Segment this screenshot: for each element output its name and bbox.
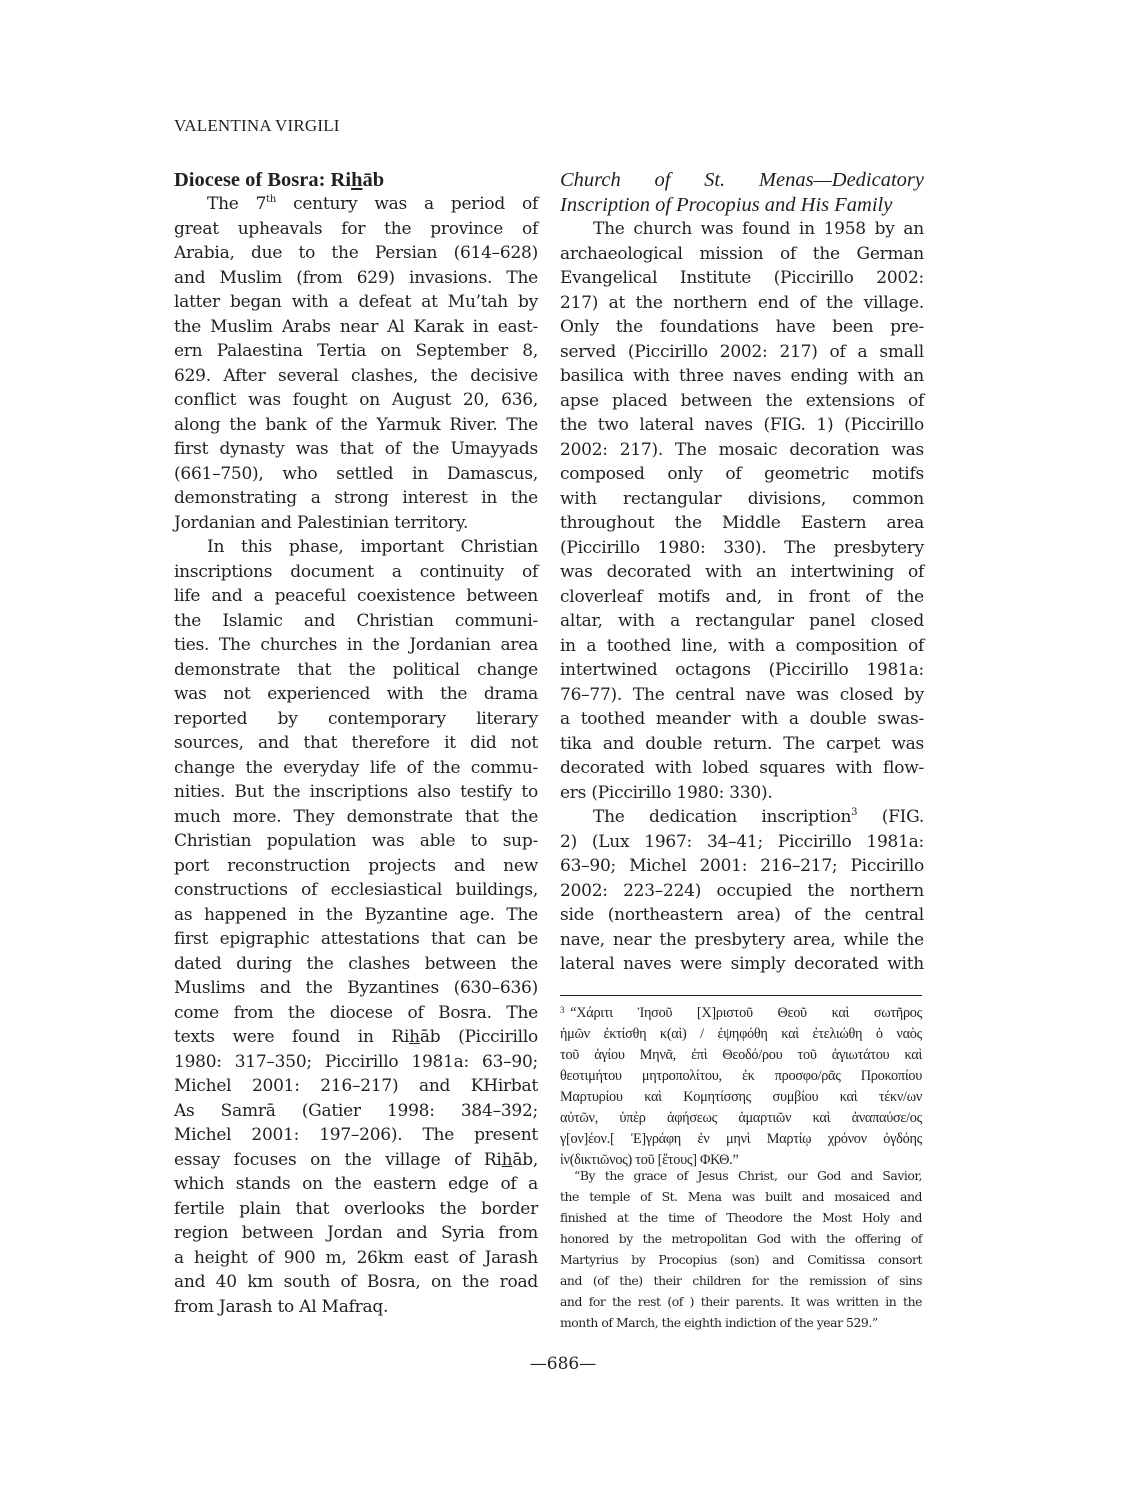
text-line: inscriptions document a continuity of xyxy=(174,560,538,585)
superscript: th xyxy=(266,194,276,205)
footnote-line: θεοτιμήτου μητροπολίτου, ἐκ προσφο/ρᾶς Π… xyxy=(560,1066,922,1087)
text-line: Michel 2001: 216–217) and KHirbat xyxy=(174,1074,538,1099)
footnote-line: τοῦ ἁγίου Μηνᾶ, ἐπὶ Θεοδό/ρου τοῦ ἁγιωτά… xyxy=(560,1045,922,1066)
text-fragment: texts were found in Ri xyxy=(174,1027,409,1047)
text-line: served (Piccirillo 2002: 217) of a small xyxy=(560,340,924,365)
page-number: —686— xyxy=(0,1354,1126,1374)
text-line: ties. The churches in the Jordanian area xyxy=(174,633,538,658)
text-line: 2) (Lux 1967: 34–41; Piccirillo 1981a: xyxy=(560,830,924,855)
text-line: texts were found in Rihāb (Piccirillo xyxy=(174,1025,538,1050)
text-line: archaeological mission of the German xyxy=(560,242,924,267)
text-line: 2002: 223–224) occupied the northern xyxy=(560,879,924,904)
text-line: (Piccirillo 1980: 330). The presbytery xyxy=(560,536,924,561)
underlined-letter: h xyxy=(502,1150,513,1170)
text-line: as happened in the Byzantine age. The xyxy=(174,903,538,928)
text-line: 217) at the northern end of the village. xyxy=(560,291,924,316)
text-line: decorated with lobed squares with flow- xyxy=(560,756,924,781)
text-line: dated during the clashes between the xyxy=(174,952,538,977)
text-line: essay focuses on the village of Rihāb, xyxy=(174,1148,538,1173)
text-line: sources, and that therefore it did not xyxy=(174,731,538,756)
text-line: in a toothed line, with a composition of xyxy=(560,634,924,659)
text-line: Arabia, due to the Persian (614–628) xyxy=(174,241,538,266)
running-head-author: VALENTINA VIRGILI xyxy=(174,116,340,136)
text-line: composed only of geometric motifs xyxy=(560,462,924,487)
text-line: the two lateral naves (FIG. 1) (Picciril… xyxy=(560,413,924,438)
text-line: much more. They demonstrate that the xyxy=(174,805,538,830)
text-line: As Samrā (Gatier 1998: 384–392; xyxy=(174,1099,538,1124)
text-line: port reconstruction projects and new xyxy=(174,854,538,879)
text-fragment: “Χάριτι Ἰησοῦ [Χ]ριστοῦ Θεοῦ καὶ σωτῆρος xyxy=(570,1005,922,1021)
text-line: fertile plain that overlooks the border xyxy=(174,1197,538,1222)
footnote-line: “By the grace of Jesus Christ, our God a… xyxy=(560,1165,922,1186)
text-line: ern Palaestina Tertia on September 8, xyxy=(174,339,538,364)
right-column: Church of St. Menas—Dedicatory Inscripti… xyxy=(560,168,924,977)
underlined-letter: h xyxy=(409,1027,420,1047)
section-heading-church-of-st-menas: Church of St. Menas—Dedicatory Inscripti… xyxy=(560,168,924,217)
text-line: reported by contemporary literary xyxy=(174,707,538,732)
document-page: VALENTINA VIRGILI Diocese of Bosra: Rihā… xyxy=(0,0,1126,1500)
text-line: latter began with a defeat at Mu’tah by xyxy=(174,290,538,315)
text-line: 1980: 317–350; Piccirillo 1981a: 63–90; xyxy=(174,1050,538,1075)
text-line: ers (Piccirillo 1980: 330). xyxy=(560,781,924,806)
heading-line: Church of St. Menas—Dedicatory xyxy=(560,168,924,193)
text-line: tika and double return. The carpet was xyxy=(560,732,924,757)
text-line: was decorated with an intertwining of xyxy=(560,560,924,585)
text-line: Christian population was able to sup- xyxy=(174,829,538,854)
text-line: nities. But the inscriptions also testif… xyxy=(174,780,538,805)
footnote-line: and (of the) their children for the remi… xyxy=(560,1270,922,1291)
footnote-english-translation: “By the grace of Jesus Christ, our God a… xyxy=(560,1165,922,1333)
text-line: conflict was fought on August 20, 636, xyxy=(174,388,538,413)
text-fragment: āb, xyxy=(512,1150,538,1170)
text-line: first epigraphic attestations that can b… xyxy=(174,927,538,952)
text-line: throughout the Middle Eastern area xyxy=(560,511,924,536)
text-line: the Muslim Arabs near Al Karak in east- xyxy=(174,315,538,340)
text-line: The 7th century was a period of xyxy=(174,192,538,217)
text-line: life and a peaceful coexistence between xyxy=(174,584,538,609)
footnote-line: ἡμῶν ἐκτίσθη κ(αὶ) / ἐψηφόθη καὶ ἐτελιώθ… xyxy=(560,1024,922,1045)
text-line: Jordanian and Palestinian territory. xyxy=(174,511,538,536)
footnote-line: finished at the time of Theodore the Mos… xyxy=(560,1207,922,1228)
text-line: demonstrate that the political change xyxy=(174,658,538,683)
footnote-line: 3“Χάριτι Ἰησοῦ [Χ]ριστοῦ Θεοῦ καὶ σωτῆρο… xyxy=(560,1003,922,1024)
text-line: intertwined octagons (Piccirillo 1981a: xyxy=(560,658,924,683)
text-line: the Islamic and Christian communi- xyxy=(174,609,538,634)
text-line: 63–90; Michel 2001: 216–217; Piccirillo xyxy=(560,854,924,879)
text-line: The dedication inscription3 (FIG. xyxy=(560,805,924,830)
text-line: a toothed meander with a double swas- xyxy=(560,707,924,732)
text-line: The church was found in 1958 by an xyxy=(560,217,924,242)
footnote-greek-inscription: 3“Χάριτι Ἰησοῦ [Χ]ριστοῦ Θεοῦ καὶ σωτῆρο… xyxy=(560,1003,922,1171)
text-line: lateral naves were simply decorated with xyxy=(560,952,924,977)
text-line: with rectangular divisions, common xyxy=(560,487,924,512)
text-line: from Jarash to Al Mafraq. xyxy=(174,1295,538,1320)
text-line: side (northeastern area) of the central xyxy=(560,903,924,928)
text-fragment: century was a period of xyxy=(276,194,538,214)
text-line: which stands on the eastern edge of a xyxy=(174,1172,538,1197)
text-line: region between Jordan and Syria from xyxy=(174,1221,538,1246)
text-line: In this phase, important Christian xyxy=(174,535,538,560)
text-fragment: The dedication inscription xyxy=(593,807,851,827)
text-line: constructions of ecclesiastical building… xyxy=(174,878,538,903)
right-body-text: The church was found in 1958 by anarchae… xyxy=(560,217,924,977)
text-fragment: āb (Piccirillo xyxy=(420,1027,538,1047)
text-line: altar, with a rectangular panel closed xyxy=(560,609,924,634)
section-heading-diocese-of-bosra: Diocese of Bosra: Rihāb xyxy=(174,168,538,192)
text-line: nave, near the presbytery area, while th… xyxy=(560,928,924,953)
footnote-line: and for the rest (of ) their parents. It… xyxy=(560,1291,922,1312)
text-line: 76–77). The central nave was closed by xyxy=(560,683,924,708)
text-line: Michel 2001: 197–206). The present xyxy=(174,1123,538,1148)
footnote-line: Μαρτυρίου καὶ Κομητίσσης συμβίου καὶ τέκ… xyxy=(560,1087,922,1108)
footnote-number: 3 xyxy=(560,1005,564,1015)
text-fragment: (FIG. xyxy=(857,807,924,827)
text-line: Evangelical Institute (Piccirillo 2002: xyxy=(560,266,924,291)
text-line: change the everyday life of the commu- xyxy=(174,756,538,781)
text-fragment: essay focuses on the village of Ri xyxy=(174,1150,502,1170)
text-line: first dynasty was that of the Umayyads xyxy=(174,437,538,462)
text-line: along the bank of the Yarmuk River. The xyxy=(174,413,538,438)
text-line: Muslims and the Byzantines (630–636) xyxy=(174,976,538,1001)
text-line: was not experienced with the drama xyxy=(174,682,538,707)
footnote-line: αὐτῶν, ὑπὲρ ἀφήσεως ἁμαρτιῶν καὶ ἀναπαύσ… xyxy=(560,1108,922,1129)
footnote-line: month of March, the eighth indiction of … xyxy=(560,1312,922,1333)
footnote-line: honored by the metropolitan God with the… xyxy=(560,1228,922,1249)
text-line: and 40 km south of Bosra, on the road xyxy=(174,1270,538,1295)
text-line: come from the diocese of Bosra. The xyxy=(174,1001,538,1026)
text-line: Only the foundations have been pre- xyxy=(560,315,924,340)
text-line: 629. After several clashes, the decisive xyxy=(174,364,538,389)
left-body-text: The 7th century was a period ofgreat uph… xyxy=(174,192,538,1319)
text-line: apse placed between the extensions of xyxy=(560,389,924,414)
heading-line: Inscription of Procopius and His Family xyxy=(560,193,924,218)
text-fragment: The 7 xyxy=(207,194,266,214)
text-line: great upheavals for the province of xyxy=(174,217,538,242)
text-line: demonstrating a strong interest in the xyxy=(174,486,538,511)
text-line: 2002: 217). The mosaic decoration was xyxy=(560,438,924,463)
text-line: a height of 900 m, 26km east of Jarash xyxy=(174,1246,538,1271)
text-line: cloverleaf motifs and, in front of the xyxy=(560,585,924,610)
text-line: and Muslim (from 629) invasions. The xyxy=(174,266,538,291)
footnote-divider xyxy=(560,995,922,996)
left-column: Diocese of Bosra: Rihāb The 7th century … xyxy=(174,168,538,1319)
footnote-line: the temple of St. Mena was built and mos… xyxy=(560,1186,922,1207)
footnote-line: γ[ον]έον.[ Ἐ]γράφη ἐν μηνὶ Μαρτίῳ χρόνον… xyxy=(560,1129,922,1150)
text-line: basilica with three naves ending with an xyxy=(560,364,924,389)
footnote-line: Martyrius by Procopius (son) and Comitis… xyxy=(560,1249,922,1270)
text-line: (661–750), who settled in Damascus, xyxy=(174,462,538,487)
